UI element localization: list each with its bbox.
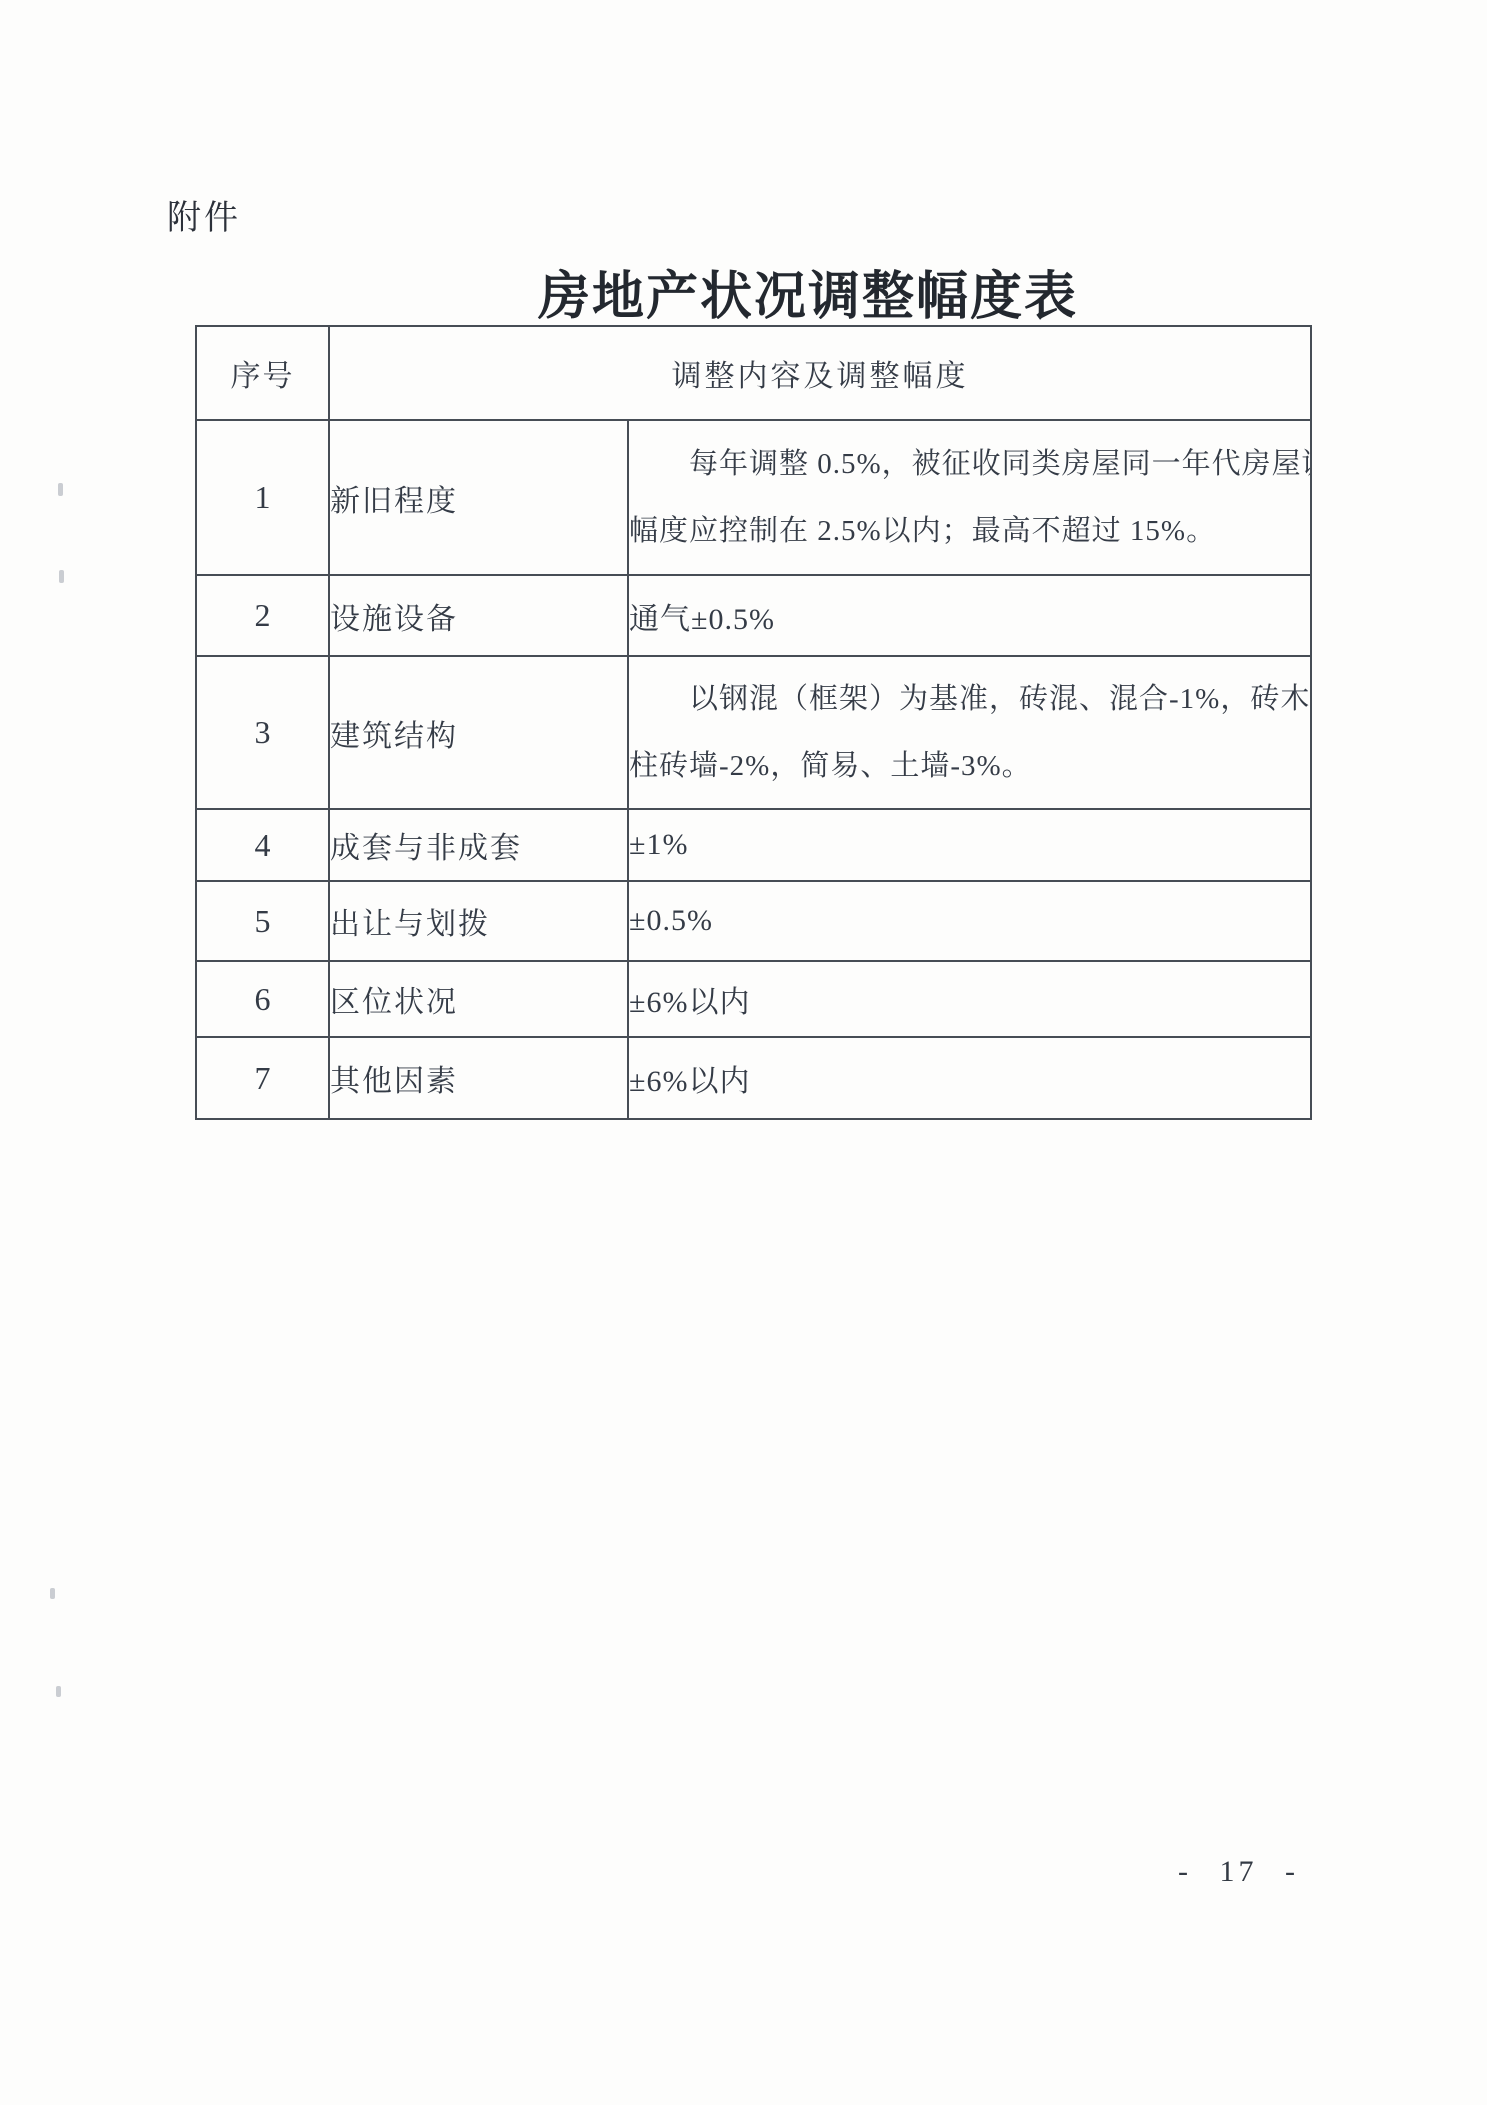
row-item-label: 出让与划拨 bbox=[329, 881, 628, 961]
table-row: 4 成套与非成套 ±1% bbox=[196, 809, 1311, 881]
row-item-label: 设施设备 bbox=[329, 575, 628, 656]
row-number: 5 bbox=[196, 881, 329, 961]
table-header-row: 序号 调整内容及调整幅度 bbox=[196, 326, 1311, 420]
table-row: 1 新旧程度 每年调整 0.5%，被征收同类房屋同一年代房屋调整 幅度应控制在 … bbox=[196, 420, 1311, 575]
scan-speck bbox=[56, 1686, 61, 1697]
row-content-line: 以钢混（框架）为基准，砖混、混合-1%，砖木、砖 bbox=[629, 666, 1310, 733]
row-value: ±0.5% bbox=[628, 881, 1311, 961]
row-item-label: 新旧程度 bbox=[329, 420, 628, 575]
row-content-line: 柱砖墙-2%，简易、土墙-3%。 bbox=[629, 733, 1310, 800]
table-row: 5 出让与划拨 ±0.5% bbox=[196, 881, 1311, 961]
table-row: 2 设施设备 通气±0.5% bbox=[196, 575, 1311, 656]
row-value: ±6%以内 bbox=[628, 961, 1311, 1037]
row-number: 2 bbox=[196, 575, 329, 656]
header-serial-cell: 序号 bbox=[196, 326, 329, 420]
row-value: ±1% bbox=[628, 809, 1311, 881]
row-content-line: 幅度应控制在 2.5%以内；最高不超过 15%。 bbox=[629, 498, 1310, 565]
row-item-label: 建筑结构 bbox=[329, 656, 628, 809]
row-number: 6 bbox=[196, 961, 329, 1037]
adjustment-table: 序号 调整内容及调整幅度 1 新旧程度 每年调整 0.5%，被征收同类房屋同一年… bbox=[195, 325, 1312, 1120]
row-number: 3 bbox=[196, 656, 329, 809]
scan-speck bbox=[58, 483, 63, 496]
row-number: 4 bbox=[196, 809, 329, 881]
row-content-line: 每年调整 0.5%，被征收同类房屋同一年代房屋调整 bbox=[629, 431, 1310, 498]
page-number: - 17 - bbox=[1178, 1855, 1299, 1889]
table-row: 3 建筑结构 以钢混（框架）为基准，砖混、混合-1%，砖木、砖 柱砖墙-2%，简… bbox=[196, 656, 1311, 809]
row-value: ±6%以内 bbox=[628, 1037, 1311, 1119]
attachment-label: 附件 bbox=[167, 190, 241, 239]
row-value: 通气±0.5% bbox=[628, 575, 1311, 656]
row-content: 每年调整 0.5%，被征收同类房屋同一年代房屋调整 幅度应控制在 2.5%以内；… bbox=[628, 420, 1311, 575]
header-content-cell: 调整内容及调整幅度 bbox=[329, 326, 1311, 420]
table-row: 6 区位状况 ±6%以内 bbox=[196, 961, 1311, 1037]
scan-speck bbox=[59, 570, 64, 583]
scan-speck bbox=[50, 1588, 55, 1599]
row-item-label: 成套与非成套 bbox=[329, 809, 628, 881]
table-row: 7 其他因素 ±6%以内 bbox=[196, 1037, 1311, 1119]
row-content: 以钢混（框架）为基准，砖混、混合-1%，砖木、砖 柱砖墙-2%，简易、土墙-3%… bbox=[628, 656, 1311, 809]
row-item-label: 其他因素 bbox=[329, 1037, 628, 1119]
document-title: 房地产状况调整幅度表 bbox=[538, 254, 1078, 329]
row-number: 7 bbox=[196, 1037, 329, 1119]
row-item-label: 区位状况 bbox=[329, 961, 628, 1037]
row-number: 1 bbox=[196, 420, 329, 575]
